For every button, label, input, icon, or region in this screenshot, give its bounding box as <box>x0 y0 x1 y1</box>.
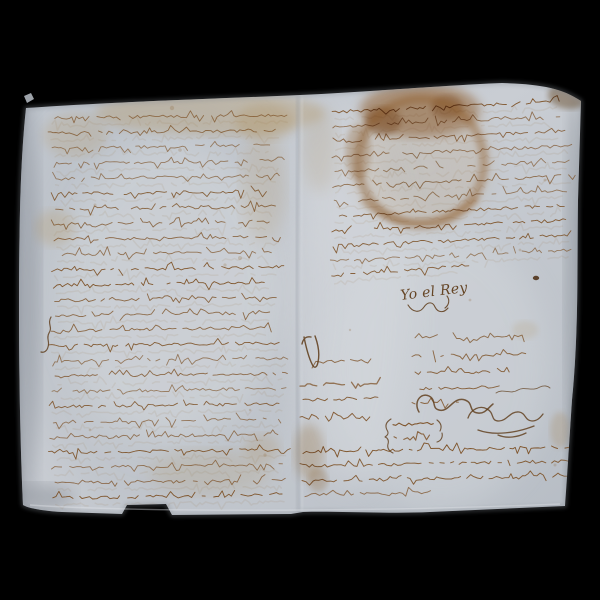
foxing-spot <box>89 429 92 432</box>
foxing-spot <box>519 249 522 252</box>
foxing-spot <box>170 106 174 110</box>
foxing-spot <box>94 204 97 207</box>
foxing-spot <box>544 179 547 182</box>
foxing-spot <box>349 329 351 331</box>
foxing-spot <box>249 409 251 411</box>
foxing-spot <box>263 453 266 456</box>
ink-blot <box>533 276 539 280</box>
foxing-spot <box>469 299 472 302</box>
foxing-spot <box>139 329 141 331</box>
foxing-spot <box>238 256 242 260</box>
manuscript-photo: Yo el Rey <box>0 0 600 600</box>
foxing-spot <box>178 148 182 152</box>
manuscript-photo-canvas: Yo el Rey <box>0 0 600 600</box>
foxing-spot <box>223 263 226 266</box>
foxing-spot <box>554 464 557 467</box>
